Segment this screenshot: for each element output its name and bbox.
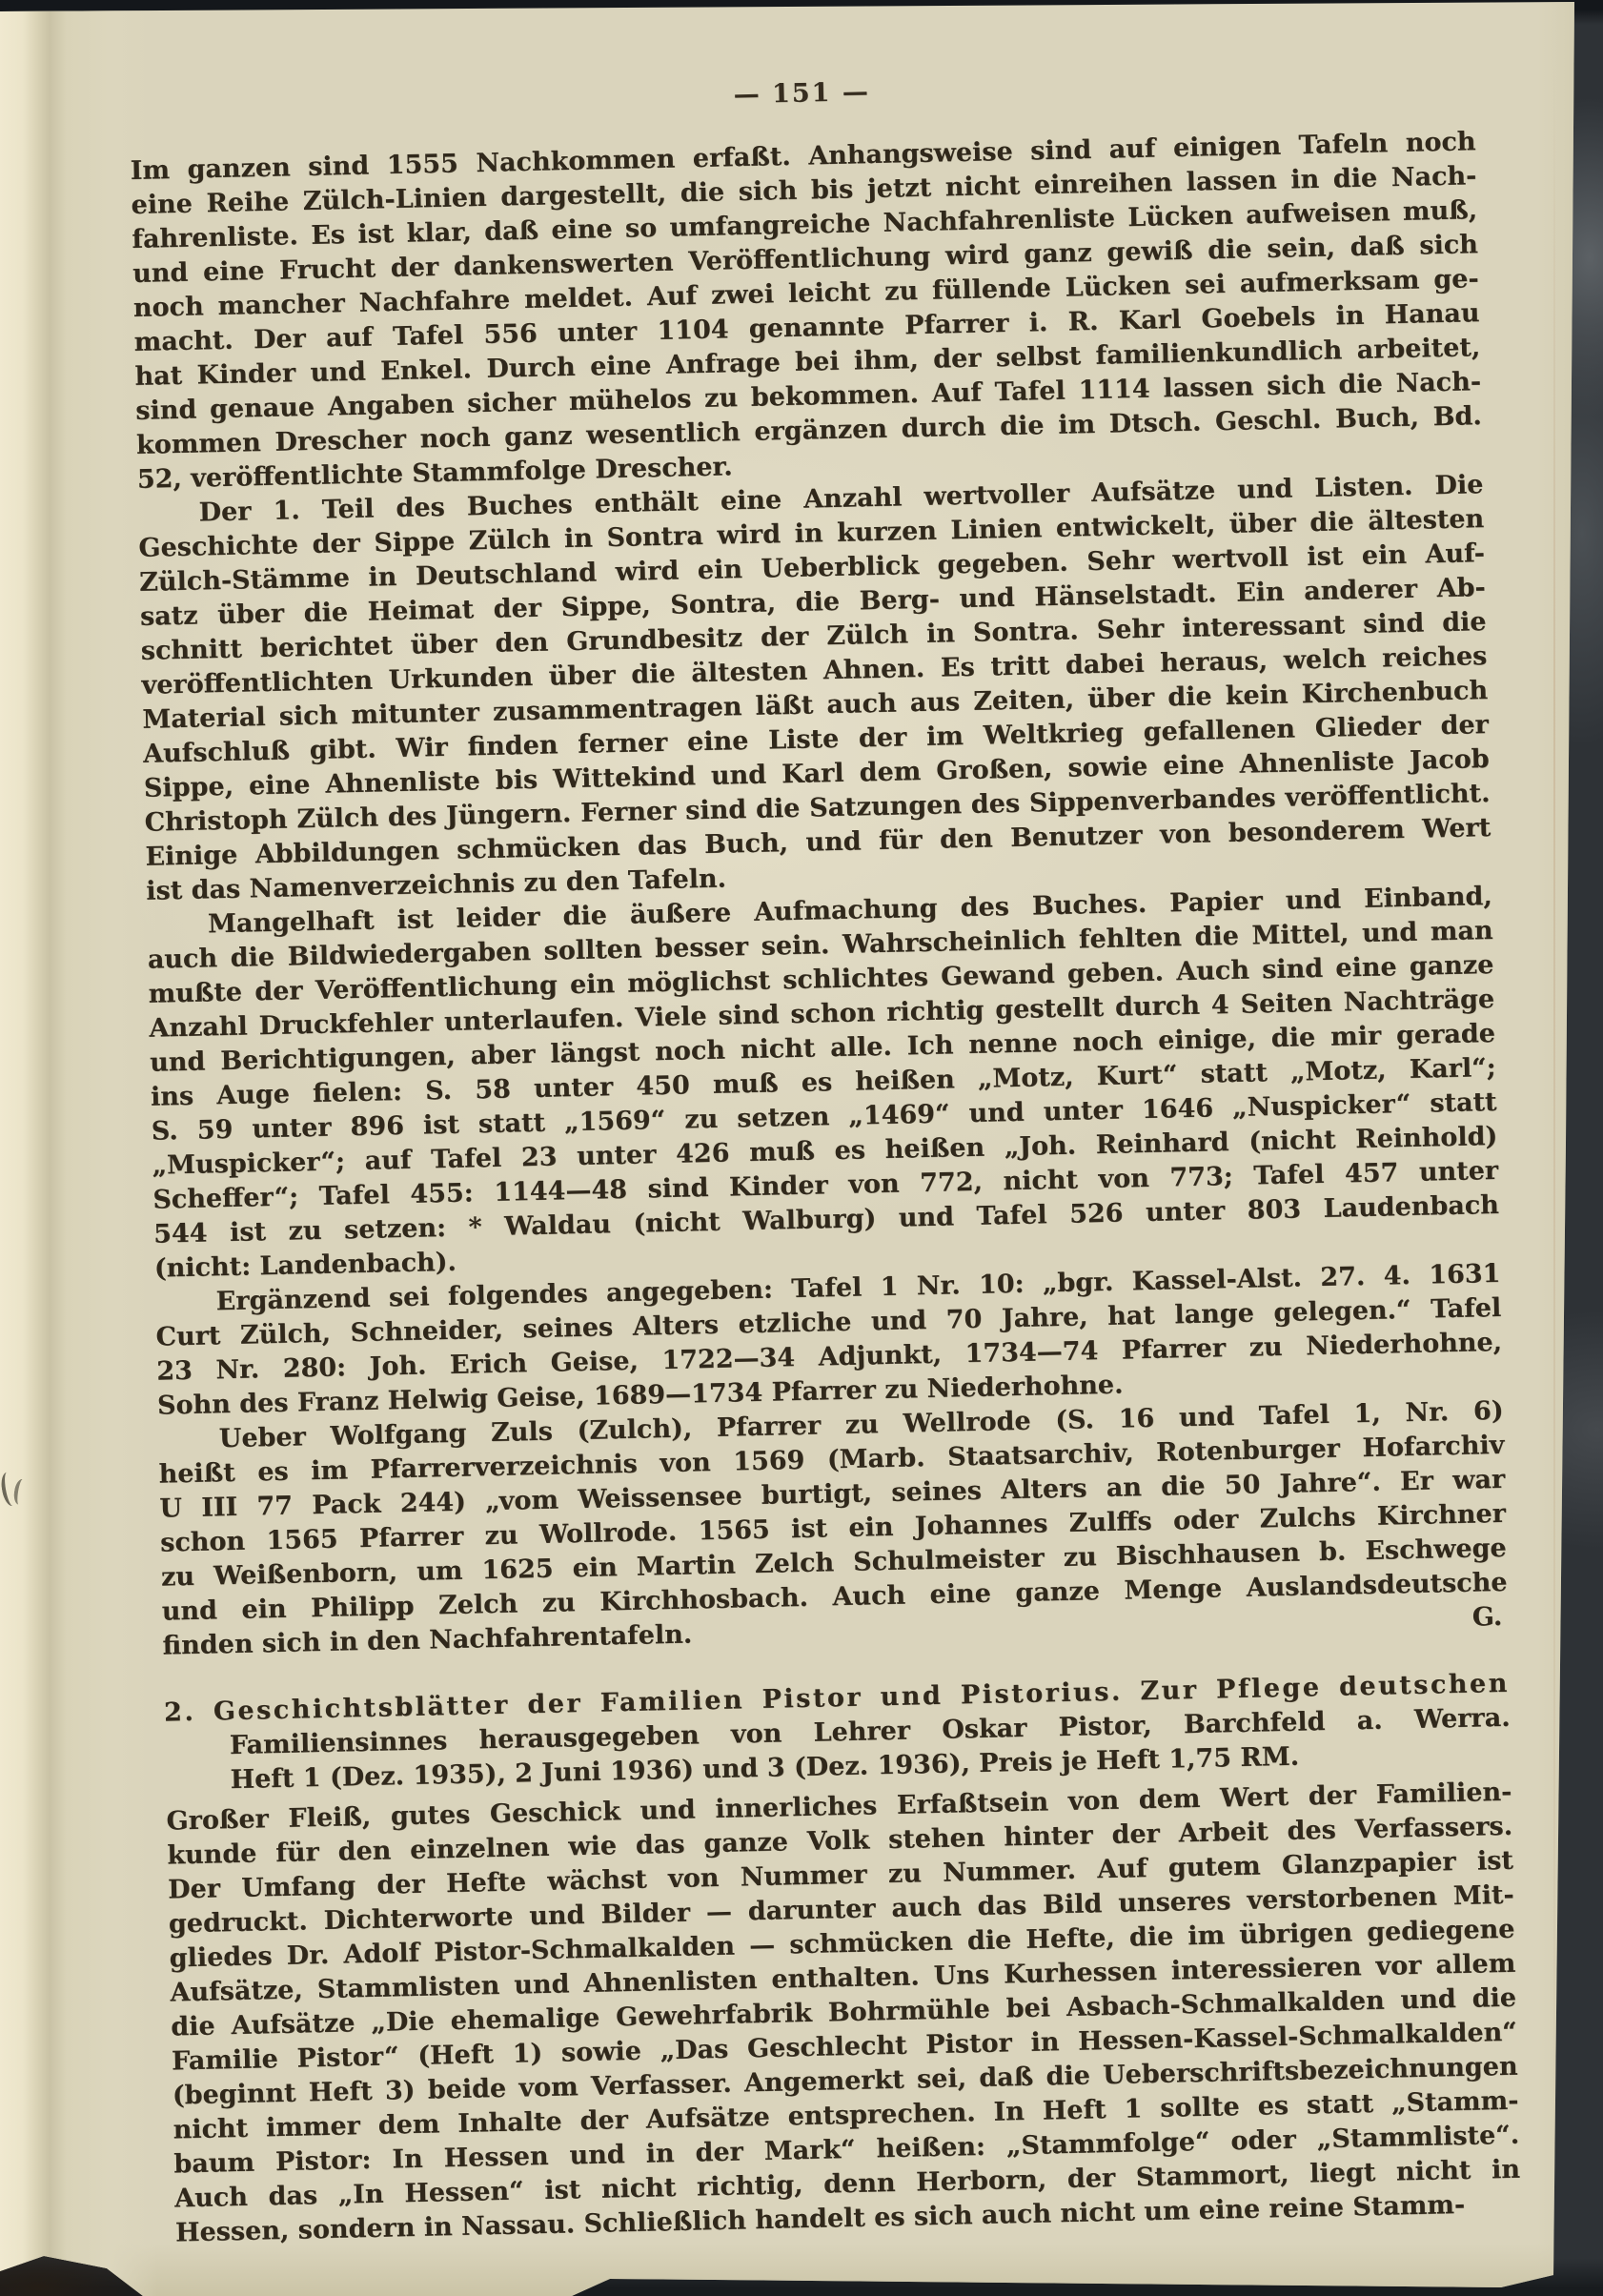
page-crease: [1553, 57, 1555, 2239]
body-text: Im ganzen sind 1555 Nachkommen erfaßt. A…: [130, 125, 1521, 2250]
text-column: — 151 — Im ganzen sind 1555 Nachkommen e…: [129, 62, 1521, 2250]
reviewer-initial: G.: [1471, 1600, 1508, 1636]
text-run: (nicht: Landenbach).: [154, 1248, 457, 1284]
paragraph: Großer Fleiß, gutes Geschick und innerli…: [166, 1776, 1521, 2251]
paragraph: Im ganzen sind 1555 Nachkommen erfaßt. A…: [130, 125, 1483, 498]
paragraph: Ueber Wolfgang Zuls (Zulch), Pfarrer zu …: [157, 1394, 1508, 1664]
paragraph: Der 1. Teil des Buches enthält eine Anza…: [137, 468, 1491, 909]
scan-background: { "header": { "page_number_display": "— …: [0, 0, 1603, 2296]
paragraph: Mangelhaft ist leider die äußere Aufmach…: [147, 880, 1500, 1287]
